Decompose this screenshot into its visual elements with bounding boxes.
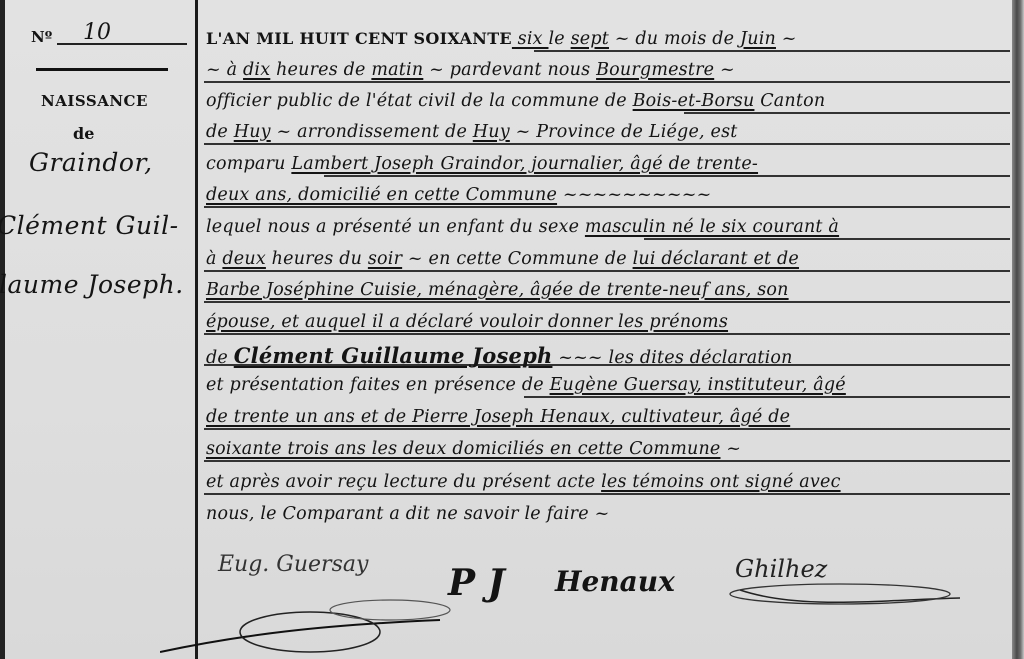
form-text: ~ du mois de xyxy=(609,29,740,49)
birth-record-page: Nº 10 NAISSANCE de Graindor, Clément Gui… xyxy=(0,0,1024,659)
ruled-line xyxy=(204,493,1010,495)
filled-in-value: Barbe Joséphine Cuisie, ménagère, âgée d… xyxy=(206,280,789,300)
form-text: officier public de l'état civil de la co… xyxy=(206,91,633,111)
record-text-line: lequel nous a présenté un enfant du sexe… xyxy=(206,219,839,237)
form-text: ~ xyxy=(589,504,610,524)
form-text: ~ en cette Commune de xyxy=(402,249,632,269)
margin-surname: Graindor, xyxy=(29,150,224,175)
filled-in-value: Huy xyxy=(234,122,271,142)
margin-given-names-1: Clément Guil- xyxy=(0,213,192,238)
record-text-line: Barbe Joséphine Cuisie, ménagère, âgée d… xyxy=(206,282,789,300)
ruled-line xyxy=(204,460,1010,462)
record-text-line: à deux heures du soir ~ en cette Commune… xyxy=(206,251,799,269)
record-text-line: comparu Lambert Joseph Graindor, journal… xyxy=(206,156,758,174)
filled-in-value: Lambert Joseph Graindor, journalier, âgé… xyxy=(291,154,758,174)
record-number-value: 10 xyxy=(83,20,111,45)
record-text-line: deux ans, domicilié en cette Commune ~~~… xyxy=(206,187,711,205)
form-text: nous, le Comparant a dit ne savoir le fa… xyxy=(206,504,589,524)
filled-in-value: de trente un ans et de Pierre Joseph Hen… xyxy=(206,407,790,427)
filled-in-value: Bourgmestre xyxy=(596,60,714,80)
form-text: Canton xyxy=(754,91,825,111)
record-text-line: L'AN MIL HUIT CENT SOIXANTE six le sept … xyxy=(206,31,797,49)
filled-in-value: six xyxy=(512,29,549,49)
form-text: à xyxy=(206,249,222,269)
form-text: ~~~ les dites déclaration xyxy=(552,348,792,368)
form-text: de xyxy=(206,348,234,368)
filled-in-value: deux ans, domicilié en cette Commune xyxy=(206,185,557,205)
form-text: et après avoir reçu lecture du présent a… xyxy=(206,472,601,492)
ruled-line xyxy=(204,143,1010,145)
record-type-heading: NAISSANCE xyxy=(41,92,171,110)
record-text-line: et présentation faites en présence de Eu… xyxy=(206,377,846,395)
form-text: ~ xyxy=(720,439,741,459)
margin-column: Nº 10 NAISSANCE de Graindor, Clément Gui… xyxy=(5,0,195,659)
ruled-line xyxy=(204,301,1010,303)
record-number-label: Nº xyxy=(31,28,52,46)
form-text: ~~~~~~~~~~ xyxy=(557,185,711,205)
filled-in-value: deux xyxy=(222,249,266,269)
record-text-line: soixante trois ans les deux domiciliés e… xyxy=(206,441,741,459)
filled-in-value: soir xyxy=(368,249,402,269)
filled-in-value: masculin né le six courant à xyxy=(585,217,839,237)
form-text: heures du xyxy=(266,249,368,269)
signature-officer: Ghilhez xyxy=(735,555,827,583)
form-text: ~ à xyxy=(206,60,243,80)
signature-flourishes xyxy=(160,580,1010,659)
ruled-line xyxy=(324,175,1010,177)
form-text: ~ xyxy=(776,29,797,49)
margin-divider xyxy=(36,68,168,71)
filled-in-value: soixante trois ans les deux domiciliés e… xyxy=(206,439,720,459)
filled-in-value: dix xyxy=(243,60,270,80)
ruled-line xyxy=(204,428,1010,430)
form-text: ~ pardevant nous xyxy=(423,60,596,80)
ruled-line xyxy=(524,396,1010,398)
filled-in-value: Huy xyxy=(473,122,510,142)
filled-in-value: Bois-et-Borsu xyxy=(633,91,755,111)
record-text-line: de Clément Guillaume Joseph ~~~ les dite… xyxy=(206,345,793,368)
filled-in-value: Clément Guillaume Joseph xyxy=(234,343,553,368)
form-text: et présentation faites en présence de xyxy=(206,375,550,395)
record-text-line: de Huy ~ arrondissement de Huy ~ Provinc… xyxy=(206,124,738,142)
filled-in-value: Eugène Guersay, instituteur, âgé xyxy=(550,375,846,395)
form-text: comparu xyxy=(206,154,291,174)
signature-witness-guersay: Eug. Guersay xyxy=(218,552,368,577)
record-number-underline xyxy=(57,43,187,45)
record-text-line: officier public de l'état civil de la co… xyxy=(206,93,825,111)
record-text-line: ~ à dix heures de matin ~ pardevant nous… xyxy=(206,62,735,80)
form-text: lequel nous a présenté un enfant du sexe xyxy=(206,217,585,237)
ruled-line xyxy=(534,50,1010,52)
filled-in-value: Juin xyxy=(740,29,776,49)
ruled-line xyxy=(204,206,1010,208)
form-text: de xyxy=(206,122,234,142)
form-text: heures de xyxy=(270,60,371,80)
filled-in-value: épouse, et auquel il a déclaré vouloir d… xyxy=(206,312,728,332)
form-text: le xyxy=(548,29,570,49)
form-text: ~ arrondissement de xyxy=(271,122,473,142)
record-text-line: et après avoir reçu lecture du présent a… xyxy=(206,474,841,492)
form-text: ~ Province de Liége, est xyxy=(510,122,738,142)
margin-given-names-2: laume Joseph. xyxy=(0,272,194,297)
form-text: ~ xyxy=(714,60,735,80)
record-text-line: épouse, et auquel il a déclaré vouloir d… xyxy=(206,314,728,332)
ruled-line xyxy=(204,270,1010,272)
printed-preamble: L'AN MIL HUIT CENT SOIXANTE xyxy=(206,29,512,48)
record-text-line: de trente un ans et de Pierre Joseph Hen… xyxy=(206,409,790,427)
ruled-line xyxy=(204,81,1010,83)
filled-in-value: lui déclarant et de xyxy=(633,249,799,269)
ruled-line xyxy=(684,112,1010,114)
filled-in-value: matin xyxy=(371,60,423,80)
filled-in-value: sept xyxy=(571,29,609,49)
record-text-line: nous, le Comparant a dit ne savoir le fa… xyxy=(206,506,609,524)
page-binding-edge xyxy=(1012,0,1024,659)
ruled-line xyxy=(204,333,1010,335)
record-de-label: de xyxy=(73,124,94,143)
filled-in-value: les témoins ont signé avec xyxy=(601,472,840,492)
ruled-line xyxy=(644,238,1010,240)
